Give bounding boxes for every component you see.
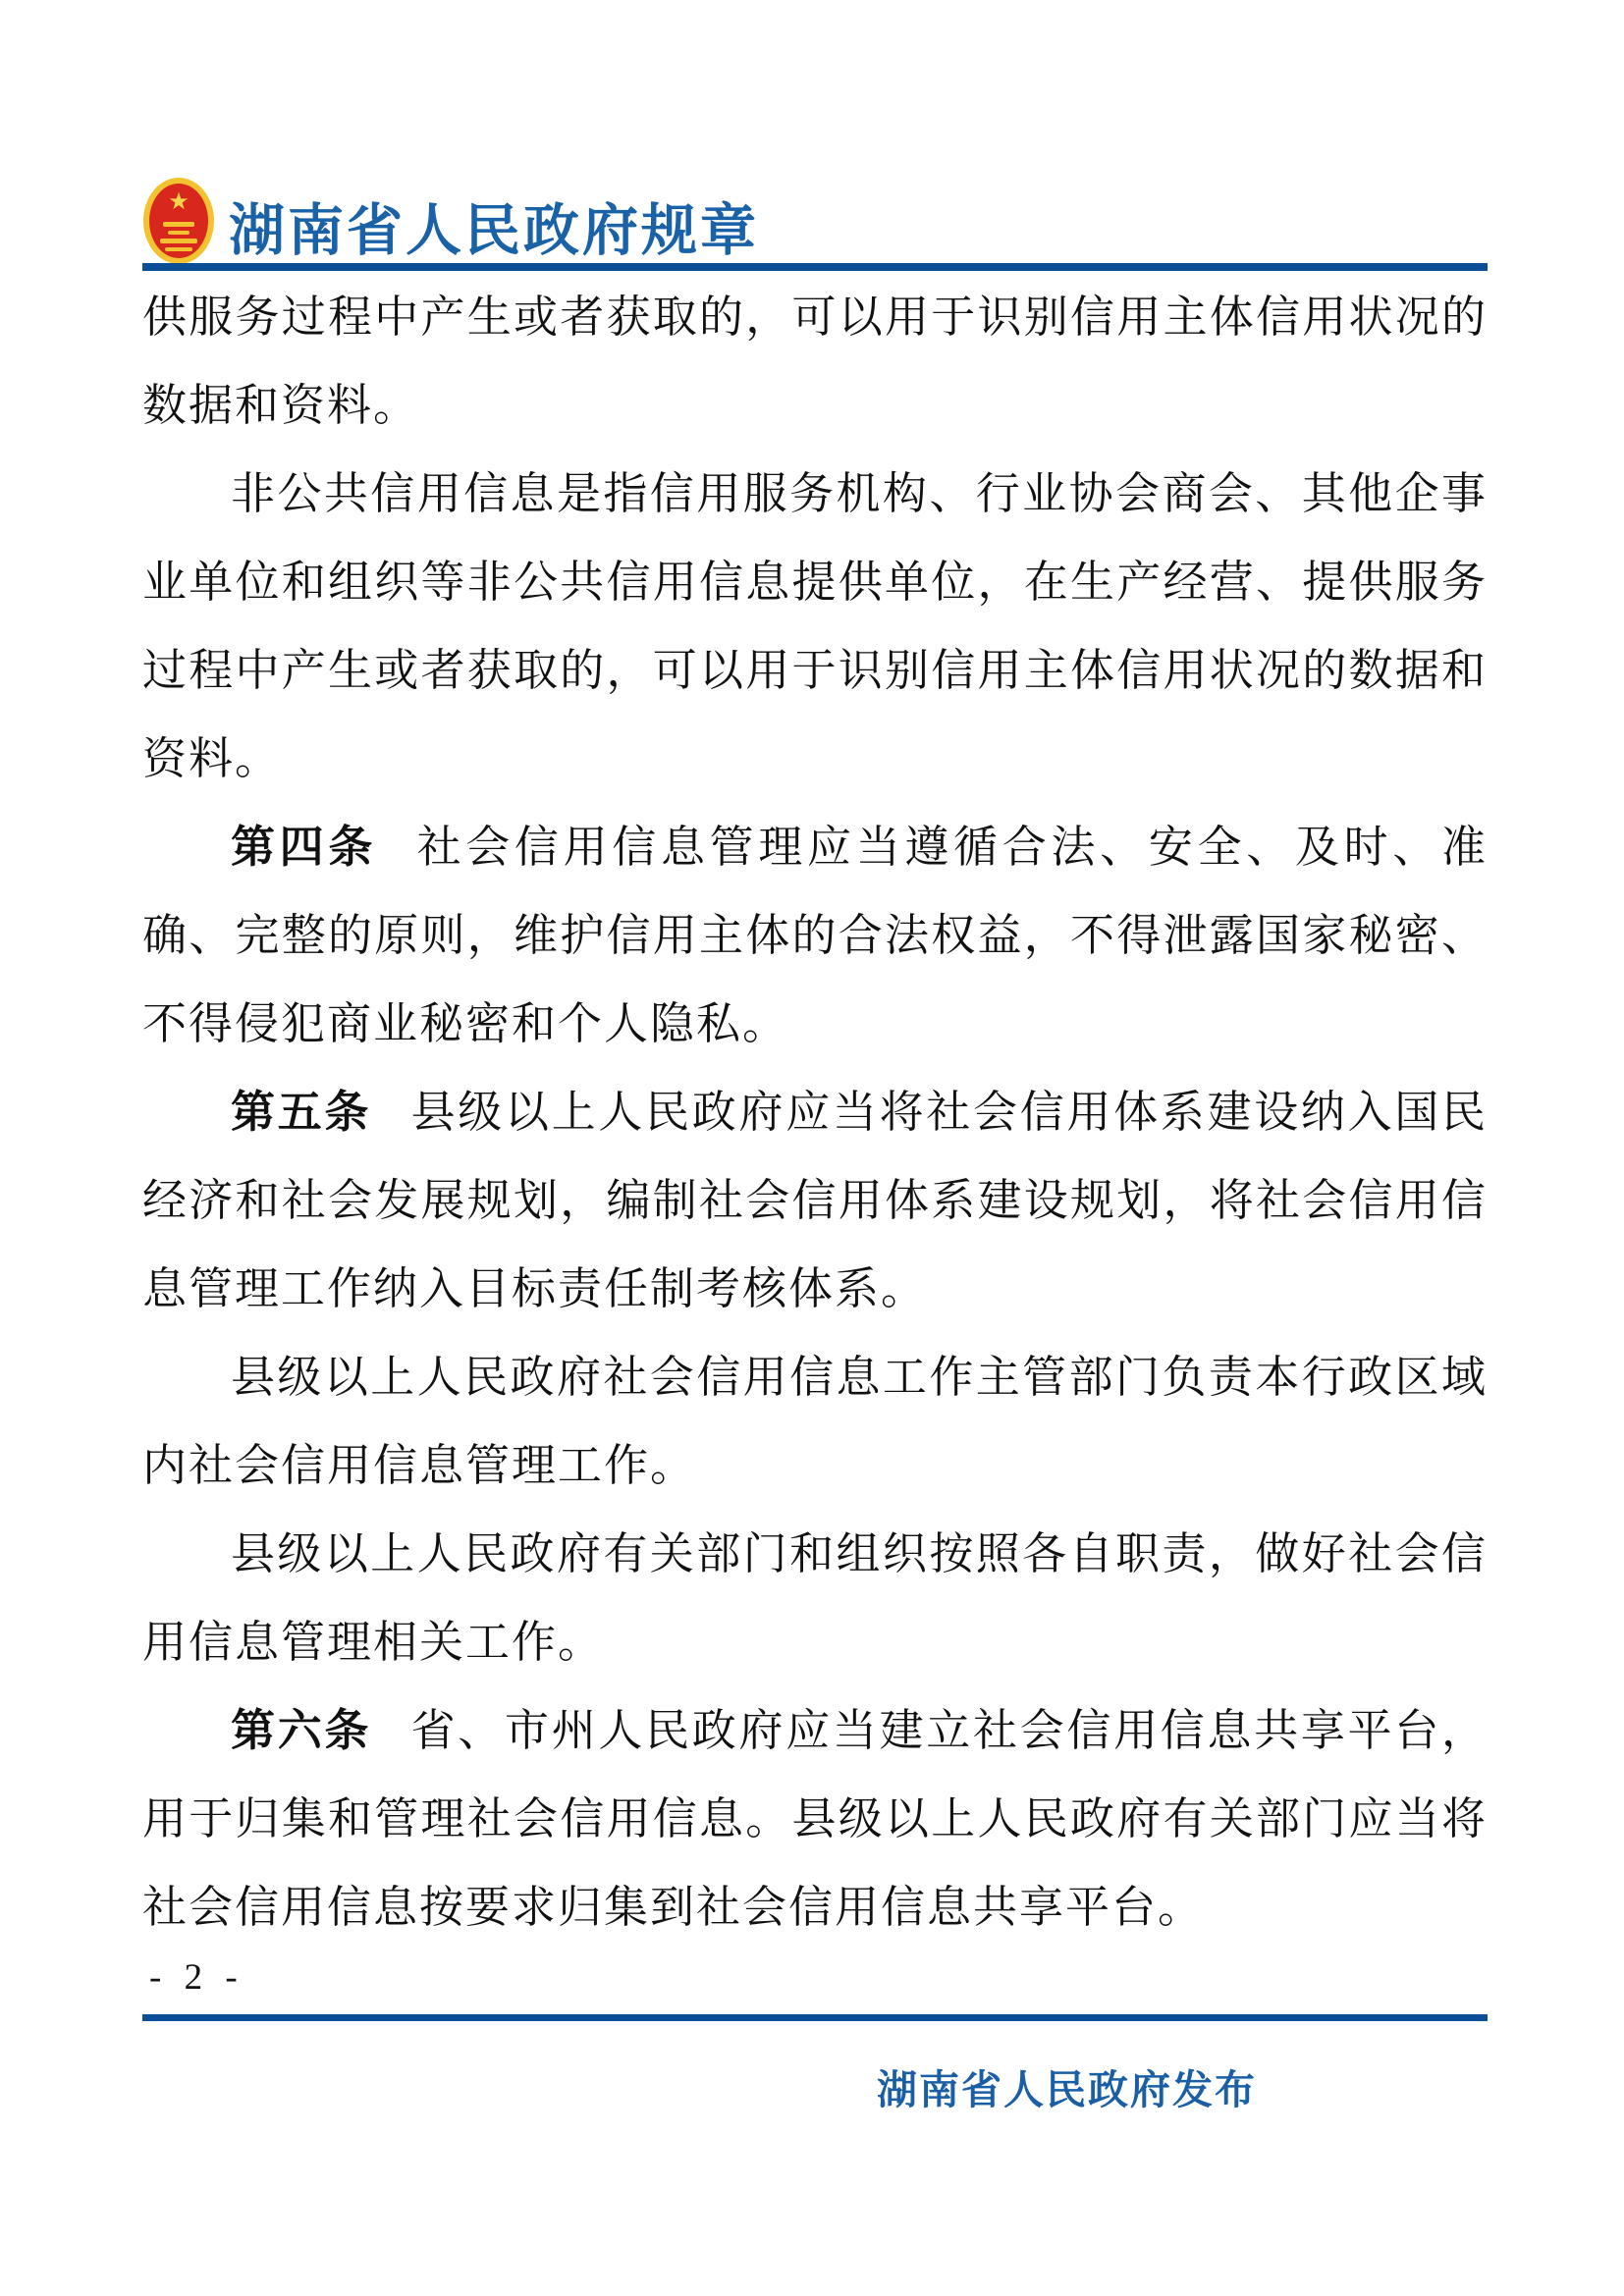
publisher-label: 湖南省人民政府发布 [0,2057,1624,2115]
document-body: 供服务过程中产生或者获取的，可以用于识别信用主体信用状况的数据和资料。 非公共信… [142,273,1488,1951]
document-header: ★ 湖南省人民政府规章 [142,177,759,274]
paragraph: 县级以上人民政府社会信用信息工作主管部门负责本行政区域内社会信用信息管理工作。 [142,1333,1488,1510]
paragraph-article-6: 第六条省、市州人民政府应当建立社会信用信息共享平台，用于归集和管理社会信用信息。… [142,1686,1488,1951]
paragraph: 县级以上人民政府有关部门和组织按照各自职责，做好社会信用信息管理相关工作。 [142,1510,1488,1686]
paragraph-text: 县级以上人民政府社会信用信息工作主管部门负责本行政区域内社会信用信息管理工作。 [142,1353,1488,1490]
page-number: - 2 - [149,1956,244,1999]
paragraph-text: 非公共信用信息是指信用服务机构、行业协会商会、其他企事业单位和组织等非公共信用信… [142,469,1488,783]
header-divider [142,263,1488,271]
article-number: 第四条 [231,822,377,872]
national-emblem-icon: ★ [142,177,215,274]
page-title: 湖南省人民政府规章 [229,186,759,266]
paragraph: 非公共信用信息是指信用服务机构、行业协会商会、其他企事业单位和组织等非公共信用信… [142,450,1488,803]
paragraph-text: 供服务过程中产生或者获取的，可以用于识别信用主体信用状况的数据和资料。 [142,293,1488,430]
article-number: 第五条 [231,1087,371,1137]
article-number: 第六条 [231,1705,371,1755]
paragraph-article-4: 第四条社会信用信息管理应当遵循合法、安全、及时、准确、完整的原则，维护信用主体的… [142,803,1488,1068]
paragraph-article-5: 第五条县级以上人民政府应当将社会信用体系建设纳入国民经济和社会发展规划，编制社会… [142,1068,1488,1333]
svg-text:★: ★ [168,189,189,215]
document-page: ★ 湖南省人民政府规章 供服务过程中产生或者获取的，可以用于识别信用主体信用状况… [0,0,1624,2296]
paragraph: 供服务过程中产生或者获取的，可以用于识别信用主体信用状况的数据和资料。 [142,273,1488,450]
footer-divider [142,2014,1488,2021]
paragraph-text: 县级以上人民政府有关部门和组织按照各自职责，做好社会信用信息管理相关工作。 [142,1529,1488,1667]
